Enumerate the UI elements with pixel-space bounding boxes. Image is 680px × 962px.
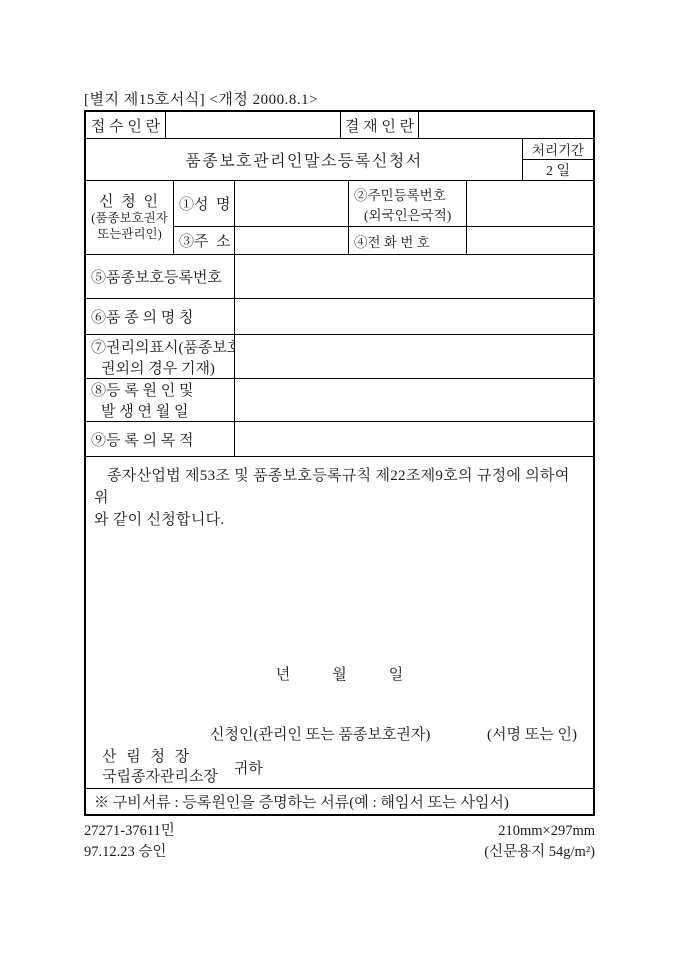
name-value-cell (235, 181, 349, 226)
footer-left: 27271-37611민 97.12.23 승인 (84, 821, 175, 863)
declaration-statement-line2: 와 같이 신청합니다. (94, 509, 585, 531)
row-protection-registration-number: ⑤품종보호등록번호 (86, 255, 593, 299)
declaration-statement: 종자산업법 제53조 및 품종보호등록규칙 제22조제9호의 규정에 의하여 위… (94, 465, 585, 531)
phone-value-cell (467, 227, 593, 254)
processing-time-value: 2 일 (523, 160, 593, 180)
signer-line: 신청인(관리인 또는 품종보호권자) (서명 또는 인) (86, 723, 593, 744)
name-label: ①성 명 (174, 181, 235, 226)
resident-number-label-line1: ②주민등록번호 (354, 184, 446, 204)
date-year-label: 년 (276, 663, 291, 684)
registration-purpose-label: ⑨등 록 의 목 적 (86, 422, 235, 456)
applicant-label-line3: 또는관리인) (97, 227, 162, 243)
registration-cause-label-line1: ⑧등 록 원 인 및 (91, 379, 193, 400)
right-indication-label-line2: 권외의 경우 기재) (91, 357, 215, 378)
applicant-label-line2: (품종보호권자 (91, 211, 168, 227)
document-code: 27271-37611민 (84, 821, 175, 842)
protection-registration-number-value-cell (235, 255, 593, 298)
addressee-line1: 산 림 청 장 (102, 747, 218, 767)
applicant-row-address: ③주 소 ④전 화 번 호 (174, 227, 593, 254)
date-line: 년 월 일 (86, 663, 593, 684)
date-month-label: 월 (332, 663, 347, 684)
row-registration-purpose: ⑨등 록 의 목 적 (86, 422, 593, 457)
application-form-table: 접 수 인 란 결 재 인 란 품종보호관리인말소등록신청서 처리기간 2 일 … (84, 110, 595, 816)
row-right-indication: ⑦권리의표시(품종보호 권외의 경우 기재) (86, 335, 593, 379)
protection-registration-number-label: ⑤품종보호등록번호 (86, 255, 235, 298)
approval-date: 97.12.23 승인 (84, 842, 175, 863)
applicant-label-line1: 신 청 인 (99, 193, 160, 212)
applicant-fields: ①성 명 ②주민등록번호 (외국인은국적) ③주 소 ④전 화 번 호 (174, 181, 593, 254)
right-indication-label-line1: ⑦권리의표시(품종보호 (91, 336, 235, 357)
resident-number-label-line2: (외국인은국적) (354, 204, 451, 224)
resident-number-value-cell (467, 181, 593, 226)
required-documents-note: ※ 구비서류 : 등록원인을 증명하는 서류(예 : 해임서 또는 사임서) (86, 789, 593, 814)
form-reference-note: [별지 제15호서식] <개정 2000.8.1> (84, 88, 318, 109)
paper-stock: (신문용지 54g/m²) (484, 842, 595, 863)
registration-cause-label-line2: 발 생 연 월 일 (91, 400, 188, 421)
stamp-row: 접 수 인 란 결 재 인 란 (86, 112, 593, 139)
processing-time-label: 처리기간 (523, 139, 593, 160)
declaration-statement-line1: 종자산업법 제53조 및 품종보호등록규칙 제22조제9호의 규정에 의하여 위 (94, 465, 585, 509)
receipt-stamp-area (166, 112, 341, 138)
registration-cause-label: ⑧등 록 원 인 및 발 생 연 월 일 (86, 379, 235, 421)
row-registration-cause: ⑧등 록 원 인 및 발 생 연 월 일 (86, 379, 593, 422)
seal-label: (서명 또는 인) (487, 723, 577, 744)
declaration-area: 종자산업법 제53조 및 품종보호등록규칙 제22조제9호의 규정에 의하여 위… (86, 457, 593, 789)
signer-label: 신청인(관리인 또는 품종보호권자) (210, 723, 430, 744)
approval-stamp-area (419, 112, 593, 138)
registration-cause-value-cell (235, 379, 593, 421)
approval-stamp-label: 결 재 인 란 (341, 112, 419, 138)
form-title: 품종보호관리인말소등록신청서 (86, 139, 523, 180)
processing-time-column: 처리기간 2 일 (523, 139, 593, 180)
addressee-names: 산 림 청 장 국립종자관리소장 (102, 747, 218, 787)
variety-name-value-cell (235, 299, 593, 334)
addressee-block: 산 림 청 장 국립종자관리소장 귀하 (102, 747, 263, 787)
applicant-label: 신 청 인 (품종보호권자 또는관리인) (86, 181, 174, 254)
form-page: [별지 제15호서식] <개정 2000.8.1> 접 수 인 란 결 재 인 … (0, 0, 680, 962)
phone-label: ④전 화 번 호 (349, 227, 467, 254)
address-value-cell (235, 227, 349, 254)
applicant-row-name: ①성 명 ②주민등록번호 (외국인은국적) (174, 181, 593, 227)
right-indication-label: ⑦권리의표시(품종보호 권외의 경우 기재) (86, 335, 235, 378)
date-day-label: 일 (389, 663, 404, 684)
footer-right: 210mm×297mm (신문용지 54g/m²) (484, 821, 595, 863)
addressee-line2: 국립종자관리소장 (102, 767, 218, 787)
title-row: 품종보호관리인말소등록신청서 처리기간 2 일 (86, 139, 593, 181)
address-label: ③주 소 (174, 227, 235, 254)
registration-purpose-value-cell (235, 422, 593, 456)
receipt-stamp-label: 접 수 인 란 (86, 112, 166, 138)
variety-name-label: ⑥품 종 의 명 칭 (86, 299, 235, 334)
right-indication-value-cell (235, 335, 593, 378)
addressee-honorific: 귀하 (234, 757, 263, 778)
row-variety-name: ⑥품 종 의 명 칭 (86, 299, 593, 335)
applicant-section: 신 청 인 (품종보호권자 또는관리인) ①성 명 ②주민등록번호 (외국인은국… (86, 181, 593, 255)
resident-number-label: ②주민등록번호 (외국인은국적) (349, 181, 467, 226)
paper-size: 210mm×297mm (484, 821, 595, 842)
